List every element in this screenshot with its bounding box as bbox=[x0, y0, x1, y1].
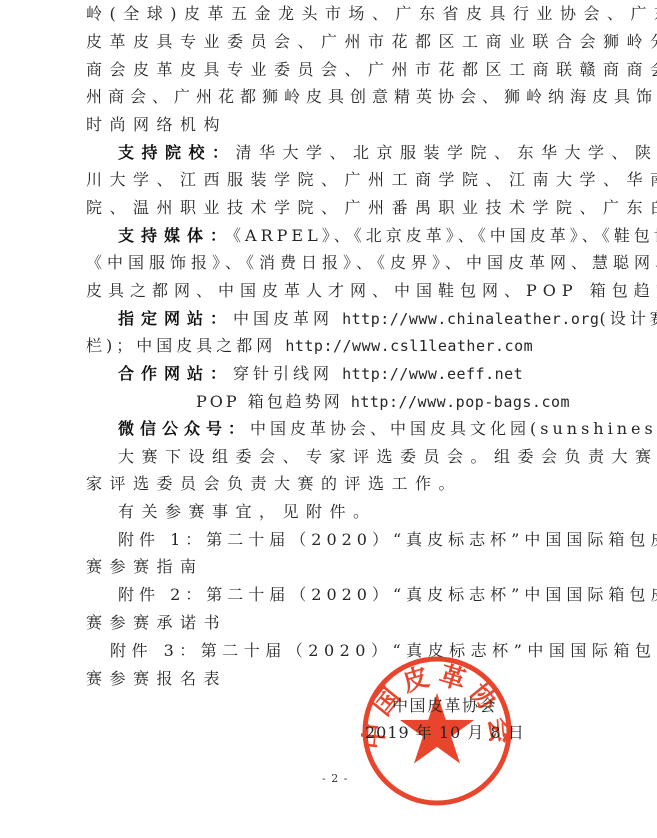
cooperation-site-1-link[interactable]: http://www.eeff.net bbox=[342, 365, 523, 383]
organizers-line-3: 商会皮革皮具专业委员会、广州市花都区工商联赣商商会、广东省浙江台 bbox=[86, 58, 574, 82]
see-attachments: 有关参赛事宜，见附件。 bbox=[118, 500, 574, 524]
media-line-2: 《中国服饰报》、《消费日报》、《皮界》、中国皮革网、慧聪网、中国 bbox=[86, 251, 574, 275]
signature-date: 2019 年 10 月 8 日 bbox=[365, 721, 525, 745]
document-page: 岭(全球)皮革五金龙头市场、广东省皮具行业协会、广东省浙江温州商会 皮革皮具专业… bbox=[0, 0, 657, 838]
attachment-1-line-2: 赛参赛指南 bbox=[86, 555, 574, 579]
wechat-label: 微信公众号： bbox=[118, 419, 250, 438]
designated-site-1-name: 中国皮革网 bbox=[233, 309, 342, 328]
designated-sites-label: 指定网站： bbox=[118, 309, 233, 328]
organizers-line-1: 岭(全球)皮革五金龙头市场、广东省皮具行业协会、广东省浙江温州商会 bbox=[86, 2, 574, 26]
designated-sites-line-1: 指定网站：中国皮革网 http://www.chinaleather.org(设… bbox=[118, 307, 574, 331]
signature-org: 中国皮革协会 bbox=[392, 694, 497, 718]
wechat-line: 微信公众号：中国皮革协会、中国皮具文化园(sunshinesix2013) bbox=[118, 417, 574, 441]
designated-sites-line-2: 栏)；中国皮具之都网 http://www.csl1leather.com bbox=[86, 334, 574, 358]
cooperation-sites-label: 合作网站： bbox=[118, 364, 233, 383]
attachment-1-line-1: 附件 1：第二十届（2020）“真皮标志杯”中国国际箱包皮具设计大 bbox=[118, 528, 574, 552]
media-line-1: 支持媒体：《ARPEL》、《北京皮革》、《中国皮革》、《鞋包世界》、 bbox=[118, 224, 574, 248]
schools-label: 支持院校： bbox=[118, 143, 236, 162]
cooperation-site-1-name: 穿针引线网 bbox=[233, 364, 342, 383]
designated-site-1-note-end: 栏)； bbox=[86, 336, 136, 355]
organizers-line-5: 时尚网络机构 bbox=[86, 113, 574, 137]
media-line-3: 皮具之都网、中国皮革人才网、中国鞋包网、POP 箱包趋势网 bbox=[86, 279, 574, 303]
cooperation-sites-line-2: POP 箱包趋势网 http://www.pop-bags.com bbox=[196, 390, 657, 414]
designated-site-2-link[interactable]: http://www.csl1leather.com bbox=[285, 337, 533, 355]
cooperation-sites-line-1: 合作网站：穿针引线网 http://www.eeff.net bbox=[118, 362, 574, 386]
committee-line-1: 大赛下设组委会、专家评选委员会。组委会负责大赛的组织工作，专 bbox=[118, 445, 574, 469]
media-text-1: 《ARPEL》、《北京皮革》、《中国皮革》、《鞋包世界》、 bbox=[233, 226, 657, 245]
attachment-2-line-1: 附件 2：第二十届（2020）“真皮标志杯”中国国际箱包皮具设计大 bbox=[118, 583, 574, 607]
attachment-2-line-2: 赛参赛承诺书 bbox=[86, 611, 574, 635]
schools-text-1: 清华大学、北京服装学院、东华大学、陕西科技大学、四 bbox=[236, 143, 657, 162]
schools-line-2: 川大学、江西服装学院、广州工商学院、江南大学、华南理工大学广州学 bbox=[86, 168, 574, 192]
wechat-value: 中国皮革协会、中国皮具文化园(sunshinesix2013) bbox=[250, 419, 657, 438]
organizers-line-4: 州商会、广州花都狮岭皮具创意精英协会、狮岭纳海皮具饰博园、POP 全球 bbox=[86, 85, 574, 109]
cooperation-site-2-name: POP 箱包趋势网 bbox=[196, 392, 351, 411]
designated-site-1-note: (设计赛事专 bbox=[599, 309, 657, 328]
media-label: 支持媒体： bbox=[118, 226, 233, 245]
cooperation-site-2-link[interactable]: http://www.pop-bags.com bbox=[351, 393, 570, 411]
page-number: - 2 - bbox=[322, 772, 348, 785]
designated-site-1-link[interactable]: http://www.chinaleather.org bbox=[342, 310, 599, 328]
designated-site-2-name: 中国皮具之都网 bbox=[136, 336, 285, 355]
schools-line-3: 院、温州职业技术学院、广州番禺职业技术学院、广东白云学院 bbox=[86, 196, 574, 220]
committee-line-2: 家评选委员会负责大赛的评选工作。 bbox=[86, 472, 574, 496]
organizers-line-2: 皮革皮具专业委员会、广州市花都区工商业联合会狮岭分会、广东省湖南 bbox=[86, 30, 574, 54]
schools-line-1: 支持院校：清华大学、北京服装学院、东华大学、陕西科技大学、四 bbox=[118, 141, 574, 165]
